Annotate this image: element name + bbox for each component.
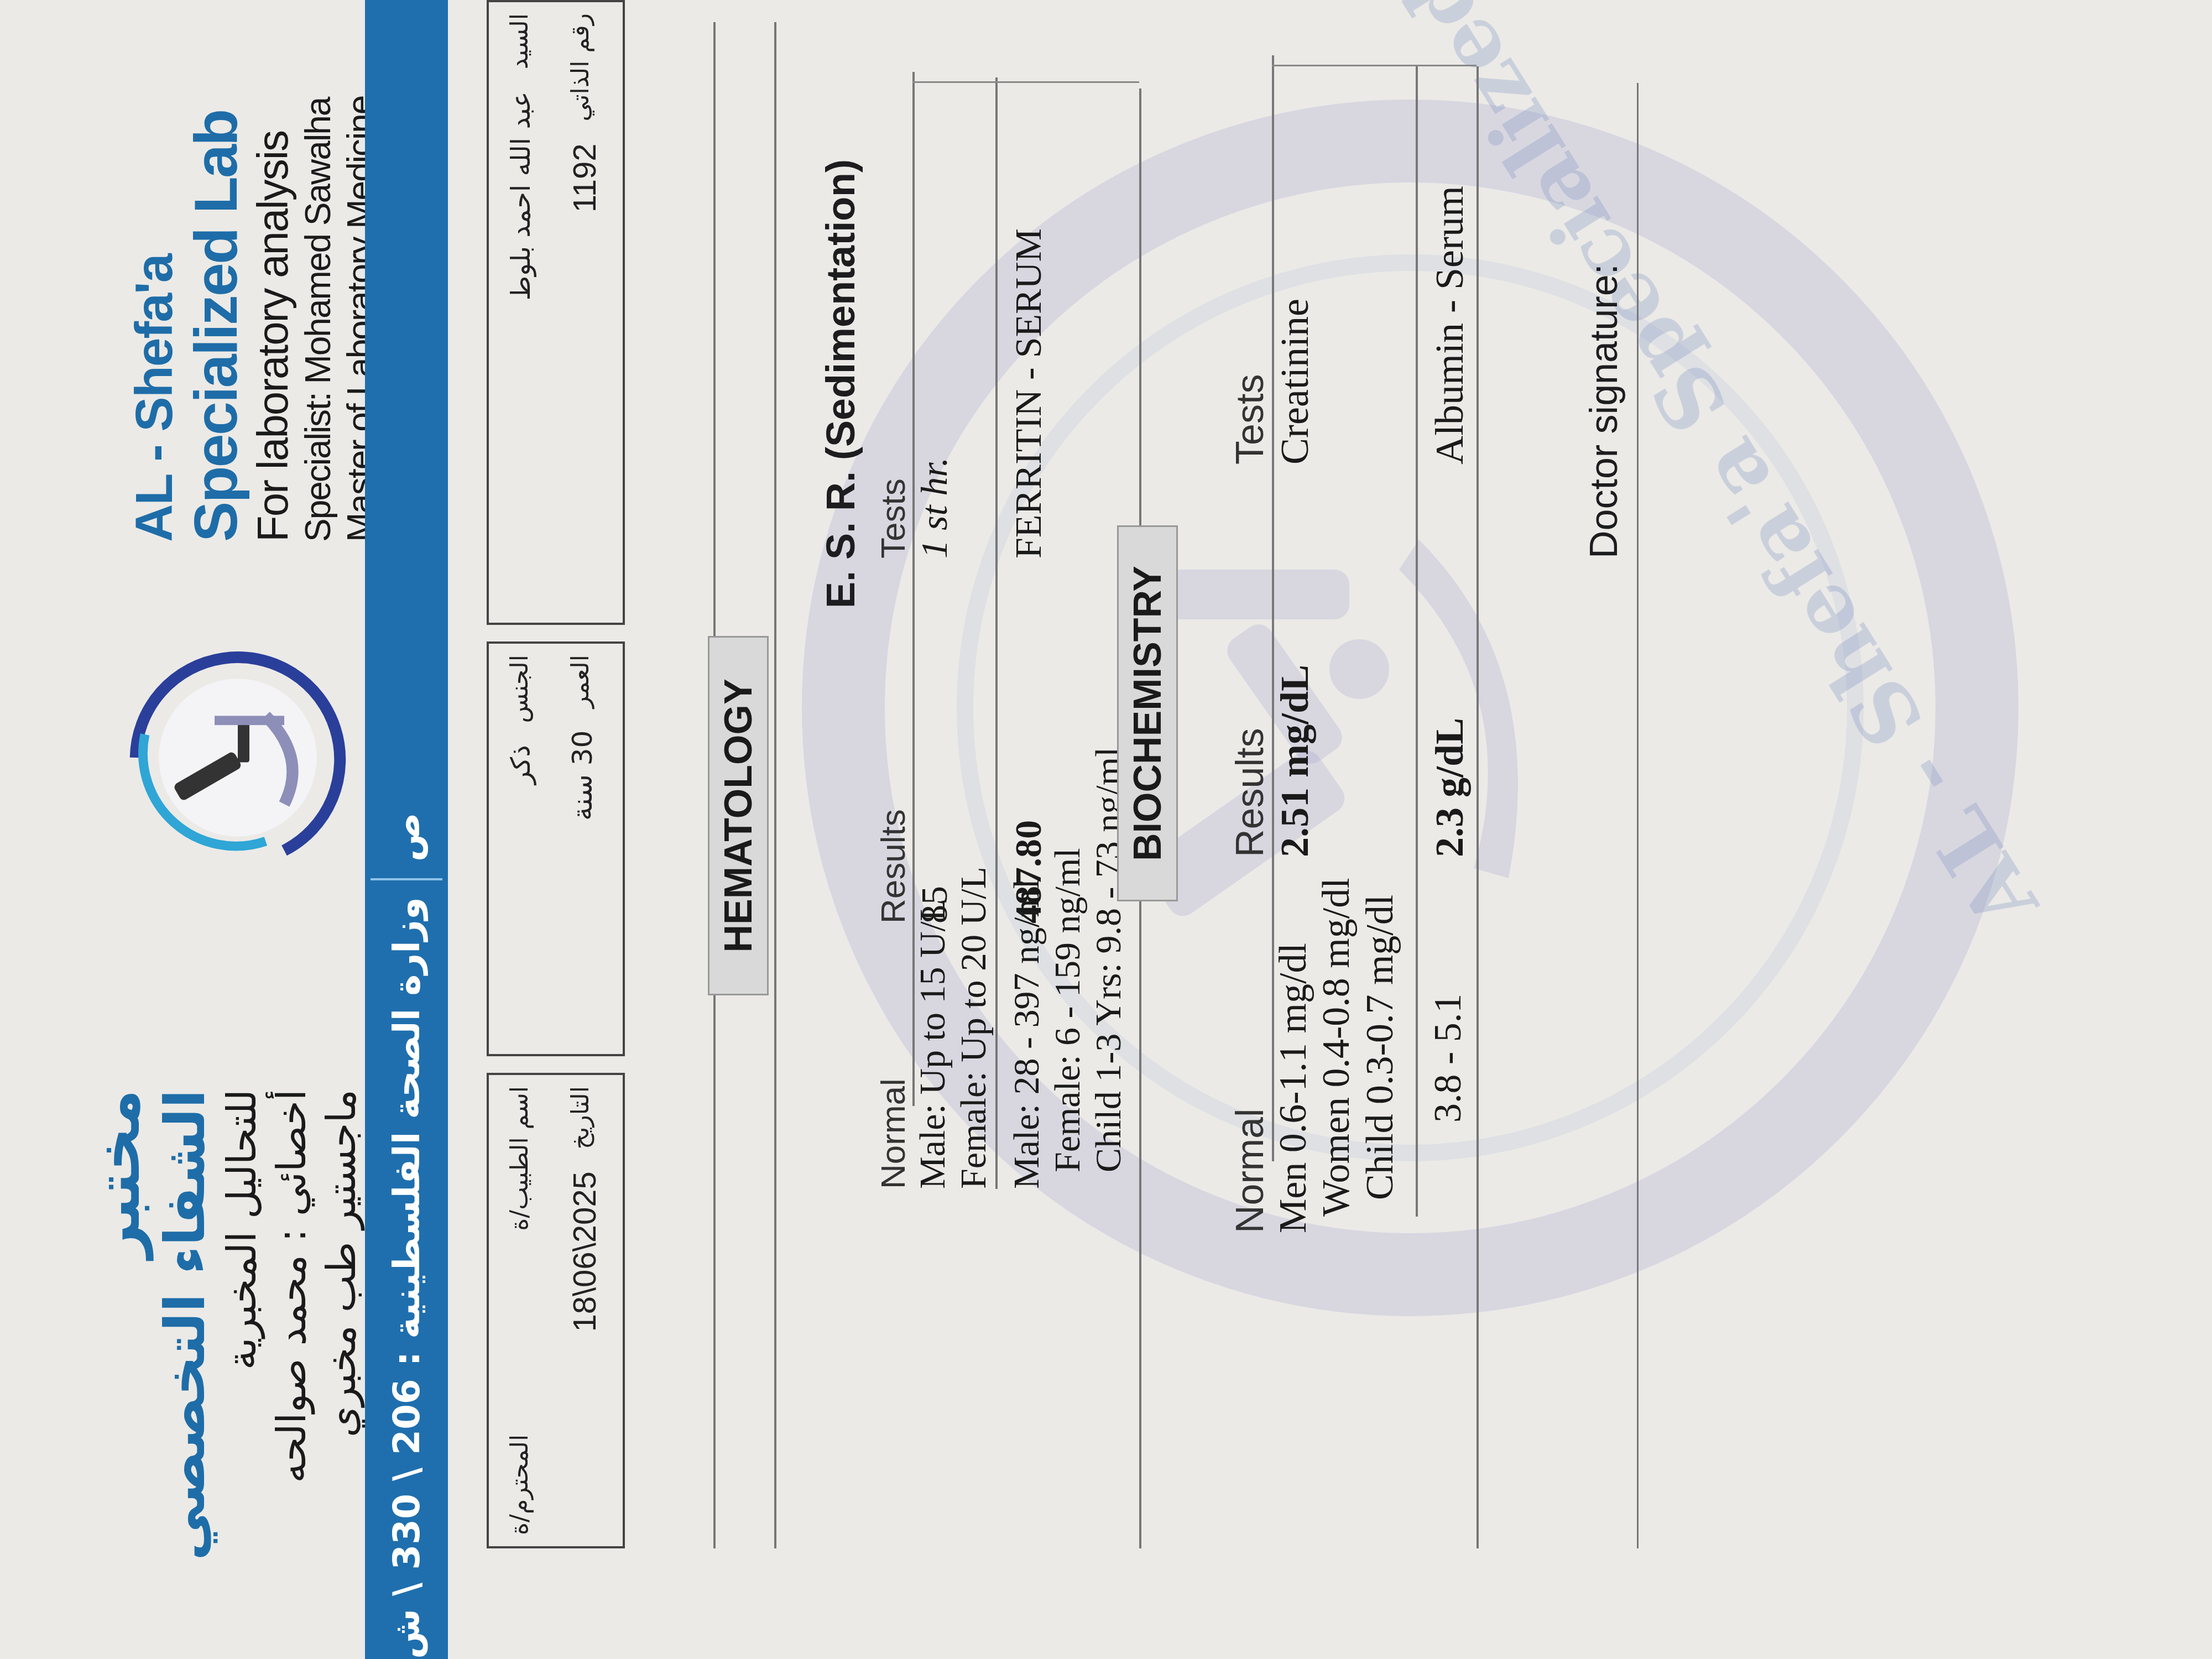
gender-value: ذكر: [505, 745, 536, 784]
patient-id-label: رقم الذاتي: [566, 13, 603, 121]
lab-name-ar-line1: مختبر: [83, 1089, 153, 1642]
albumin-result: 2.3 g/dL: [1427, 718, 1473, 857]
lab-name-line1: AL - Shefa'a: [127, 0, 182, 542]
photo-background: AL - Shefa'a Specialized Medical Lab AL …: [0, 0, 2212, 1659]
doctor-label: اسم الطبيب/ة: [505, 1086, 534, 1231]
lab-header-english: AL - Shefa'a Specialized Lab For laborat…: [127, 0, 382, 542]
col-tests: Tests: [874, 478, 913, 559]
biochemistry-section-title: BIOCHEMISTRY: [1117, 525, 1178, 901]
creatinine-normal: Men 0.6-1.1 mg/dl Women 0.4-0.8 mg/dl Ch…: [1272, 878, 1402, 1233]
lab-name-ar-line2: الشفاء التخصصي: [153, 1089, 217, 1642]
age-value: 30 سنة: [566, 731, 598, 821]
table-border: [912, 81, 1139, 83]
creatinine-test: Creatinine: [1272, 299, 1318, 465]
gender-label: الجنس: [505, 655, 536, 723]
albumin-normal: 3.8 - 5.1: [1427, 994, 1470, 1217]
lab-specialist: Specialist: Mohamed Sawalha: [297, 0, 340, 542]
ministry-band: ص وزارة الصحة الفلسطينية : 206 \ 330 \ ش: [365, 0, 448, 1659]
ministry-license: وزارة الصحة الفلسطينية : 206 \ 330 \ ش: [385, 897, 428, 1659]
creatinine-result: 2.51 mg/dL: [1272, 665, 1318, 857]
report-date: 18\06\2025: [566, 1171, 603, 1332]
table-border: [1272, 65, 1477, 66]
signature-line: [1637, 83, 1639, 1548]
col-results: Results: [874, 809, 913, 924]
lab-tagline-ar: للتحاليل المخبرية: [217, 1089, 267, 1642]
lab-header-arabic: مختبر الشفاء التخصصي للتحاليل المخبرية أ…: [83, 1089, 366, 1642]
esr-title: E. S. R. (Sedimentation): [818, 159, 864, 608]
lab-tagline: For laboratory analysis: [249, 0, 297, 542]
col-tests: Tests: [1228, 374, 1272, 465]
patient-name-value: عبد الله احمد بلوط: [505, 91, 536, 300]
row-divider: [1416, 66, 1418, 1217]
date-label: التاريخ: [566, 1086, 603, 1149]
lab-degree-ar: ماجستير طب مخبري: [316, 1089, 366, 1642]
row-divider: [995, 77, 998, 1189]
age-label: العمر: [566, 655, 598, 708]
divider: [774, 22, 776, 1548]
col-normal: Normal: [874, 1078, 913, 1189]
doctor-signature-label: Doctor signature:: [1582, 264, 1626, 559]
esr-test: 1 st hr.: [912, 457, 956, 559]
lab-name-line2: Specialized Lab: [182, 0, 249, 542]
lab-specialist-ar: أخصائي : محمد صوالحه: [267, 1089, 316, 1642]
microscope-logo-icon: [122, 641, 354, 874]
doctor-suffix: المحترم/ة: [505, 1434, 534, 1535]
esr-normal: Male: Up to 15 U/L Female: Up to 20 U/L: [912, 867, 994, 1189]
col-normal: Normal: [1228, 1108, 1272, 1233]
ferritin-test: FERRITIN - SERUM: [1006, 228, 1050, 559]
patient-name-box: السيد عبد الله احمد بلوط رقم الذاتي 1192: [487, 0, 625, 625]
doctor-date-box: اسم الطبيب/ة المحترم/ة التاريخ 18\06\202…: [487, 1073, 625, 1548]
patient-name-label: السيد: [505, 13, 536, 69]
ferritin-normal: Male: 28 - 397 ng/ml Female: 6 - 159 ng/…: [1006, 747, 1129, 1189]
band-extra: ص: [385, 812, 428, 862]
lab-report-page: AL - Shefa'a Specialized Medical Lab AL …: [0, 0, 2212, 1659]
hematology-section-title: HEMATOLOGY: [708, 636, 769, 995]
albumin-test: Albumin - Serum: [1427, 186, 1473, 465]
patient-gender-age-box: الجنس ذكر العمر 30 سنة: [487, 641, 625, 1056]
band-separator: [371, 878, 442, 880]
col-results: Results: [1228, 728, 1272, 857]
patient-id-value: 1192: [566, 143, 603, 212]
table-bottom: [1477, 66, 1479, 1548]
